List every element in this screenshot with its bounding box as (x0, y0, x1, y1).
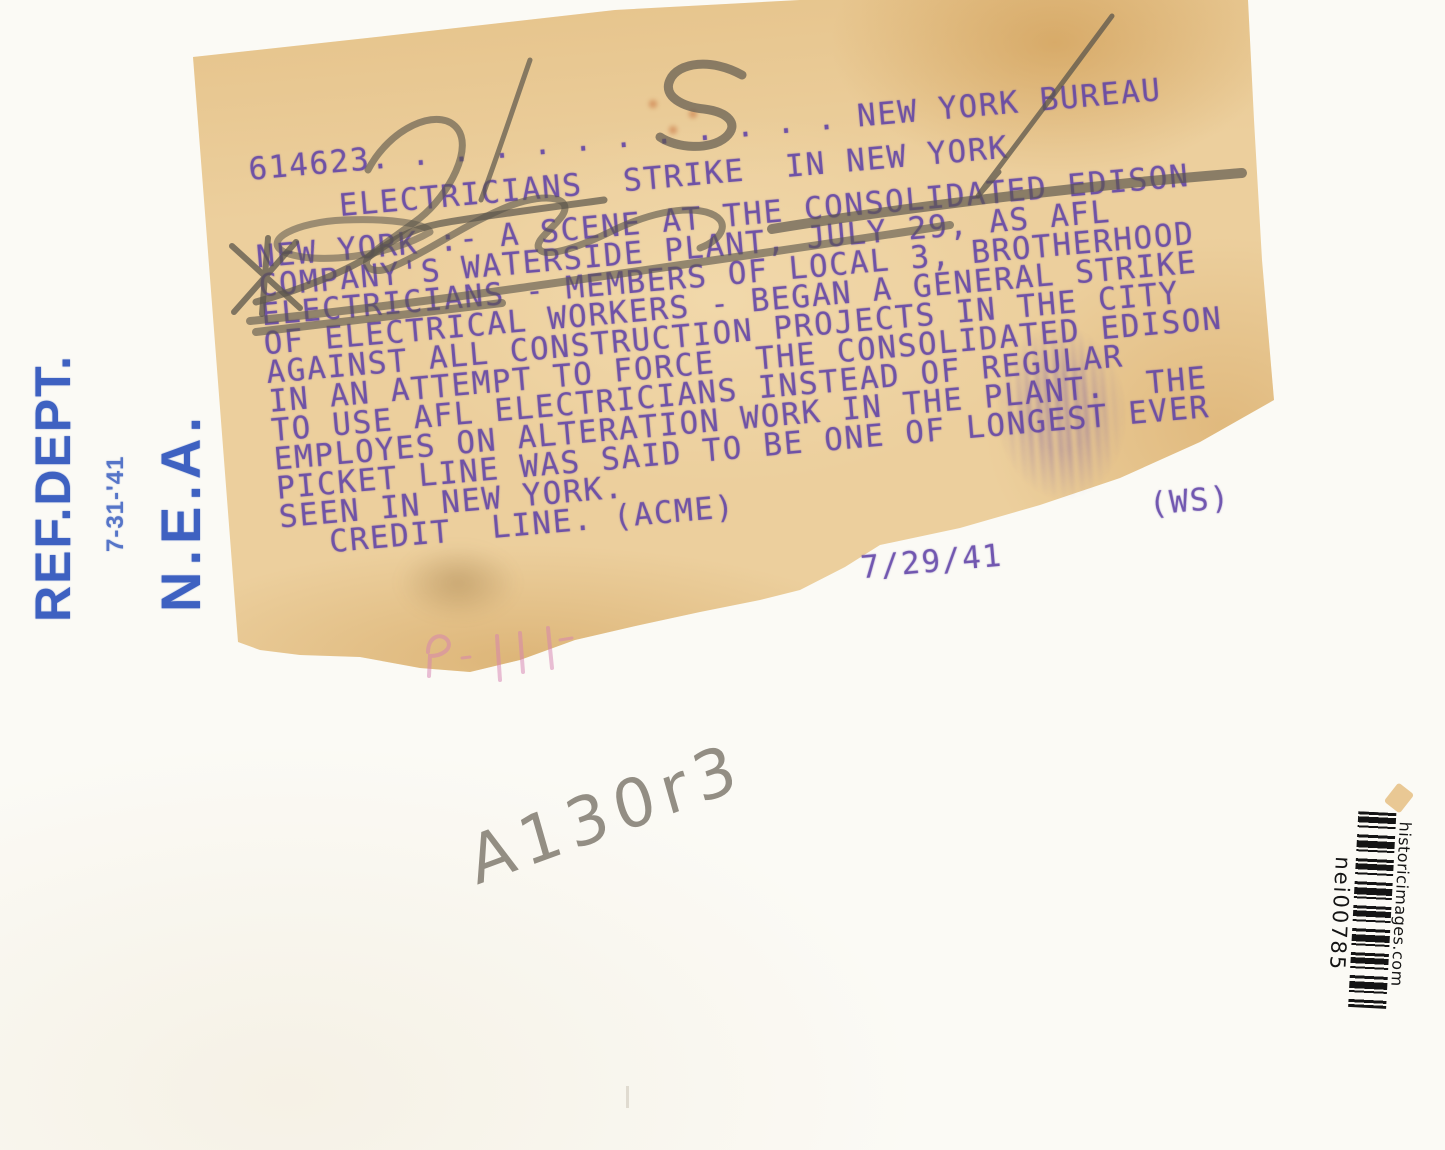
barcode: nei00785 historicimages.com (1327, 810, 1416, 1019)
typed-caption-block: 614623. . . . . . . . . . . . NEW YORK B… (246, 55, 1259, 562)
writer-initials: (WS) (1148, 484, 1232, 520)
ref-date-stamp: 7-31-'41 (102, 456, 130, 552)
pencil-code: A130r3 (460, 727, 752, 900)
page: { "document": { "photo_number": "614623"… (0, 0, 1445, 1150)
ref-dept-stamp: REF.DEPT. (24, 354, 82, 622)
dust-mark (626, 1086, 629, 1108)
paper-speck (1384, 782, 1415, 813)
paper-stain (398, 545, 518, 620)
nea-stamp: N.E.A. (148, 411, 213, 612)
caption-date: 7/29/41 (859, 542, 1004, 583)
photo-number: 614623 (247, 141, 372, 188)
